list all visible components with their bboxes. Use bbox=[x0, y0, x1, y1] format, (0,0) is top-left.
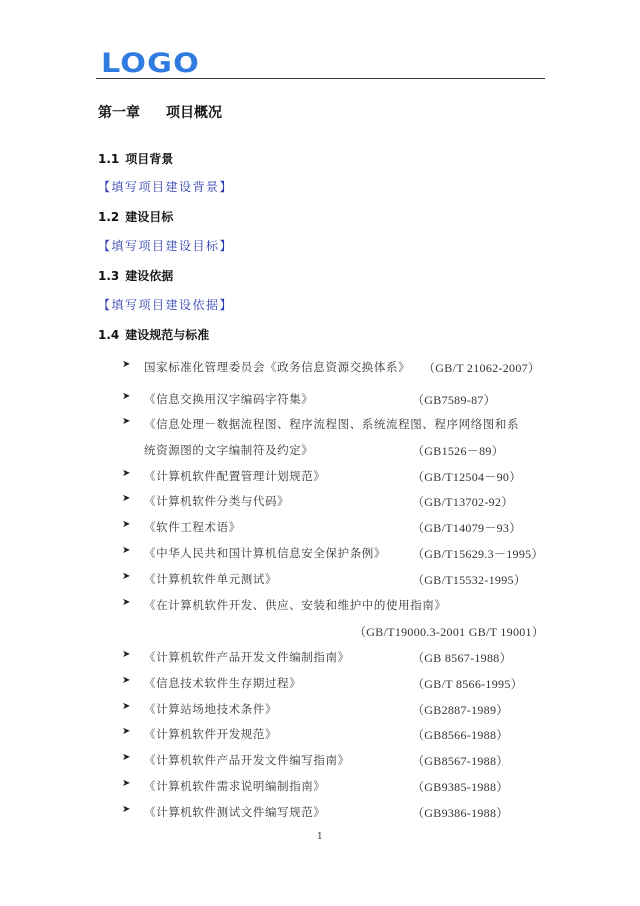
arrow-bullet-icon: ➤ bbox=[122, 359, 131, 370]
chapter-number: 第一章 bbox=[98, 105, 140, 121]
arrow-bullet-icon: ➤ bbox=[122, 726, 131, 737]
header-divider bbox=[96, 78, 545, 79]
arrow-bullet-icon: ➤ bbox=[122, 545, 131, 556]
placeholder-background: 【填写项目建设背景】 bbox=[98, 178, 233, 195]
section-heading-1-3: 1.3建设依据 bbox=[98, 267, 173, 284]
section-heading-1-2: 1.2建设目标 bbox=[98, 208, 173, 225]
logo: LOGO bbox=[101, 50, 200, 78]
placeholder-goals: 【填写项目建设目标】 bbox=[98, 237, 233, 254]
arrow-bullet-icon: ➤ bbox=[122, 571, 131, 582]
arrow-bullet-icon: ➤ bbox=[122, 519, 131, 530]
arrow-bullet-icon: ➤ bbox=[122, 416, 131, 427]
placeholder-basis: 【填写项目建设依据】 bbox=[98, 296, 233, 313]
arrow-bullet-icon: ➤ bbox=[122, 778, 131, 789]
arrow-bullet-icon: ➤ bbox=[122, 701, 131, 712]
arrow-bullet-icon: ➤ bbox=[122, 468, 131, 479]
arrow-bullet-icon: ➤ bbox=[122, 597, 131, 608]
arrow-bullet-icon: ➤ bbox=[122, 391, 131, 402]
list-item-continuation: 统资源图的文字编制符及约定》 bbox=[144, 442, 313, 458]
arrow-bullet-icon: ➤ bbox=[122, 752, 131, 763]
arrow-bullet-icon: ➤ bbox=[122, 649, 131, 660]
arrow-bullet-icon: ➤ bbox=[122, 493, 131, 504]
page-number: 1 bbox=[317, 832, 323, 842]
arrow-bullet-icon: ➤ bbox=[122, 804, 131, 815]
chapter-title: 项目概况 bbox=[166, 105, 222, 121]
chapter-heading: 第一章项目概况 bbox=[98, 102, 222, 122]
arrow-bullet-icon: ➤ bbox=[122, 675, 131, 686]
section-heading-1-1: 1.1项目背景 bbox=[98, 150, 173, 167]
section-heading-1-4: 1.4建设规范与标准 bbox=[98, 326, 209, 343]
